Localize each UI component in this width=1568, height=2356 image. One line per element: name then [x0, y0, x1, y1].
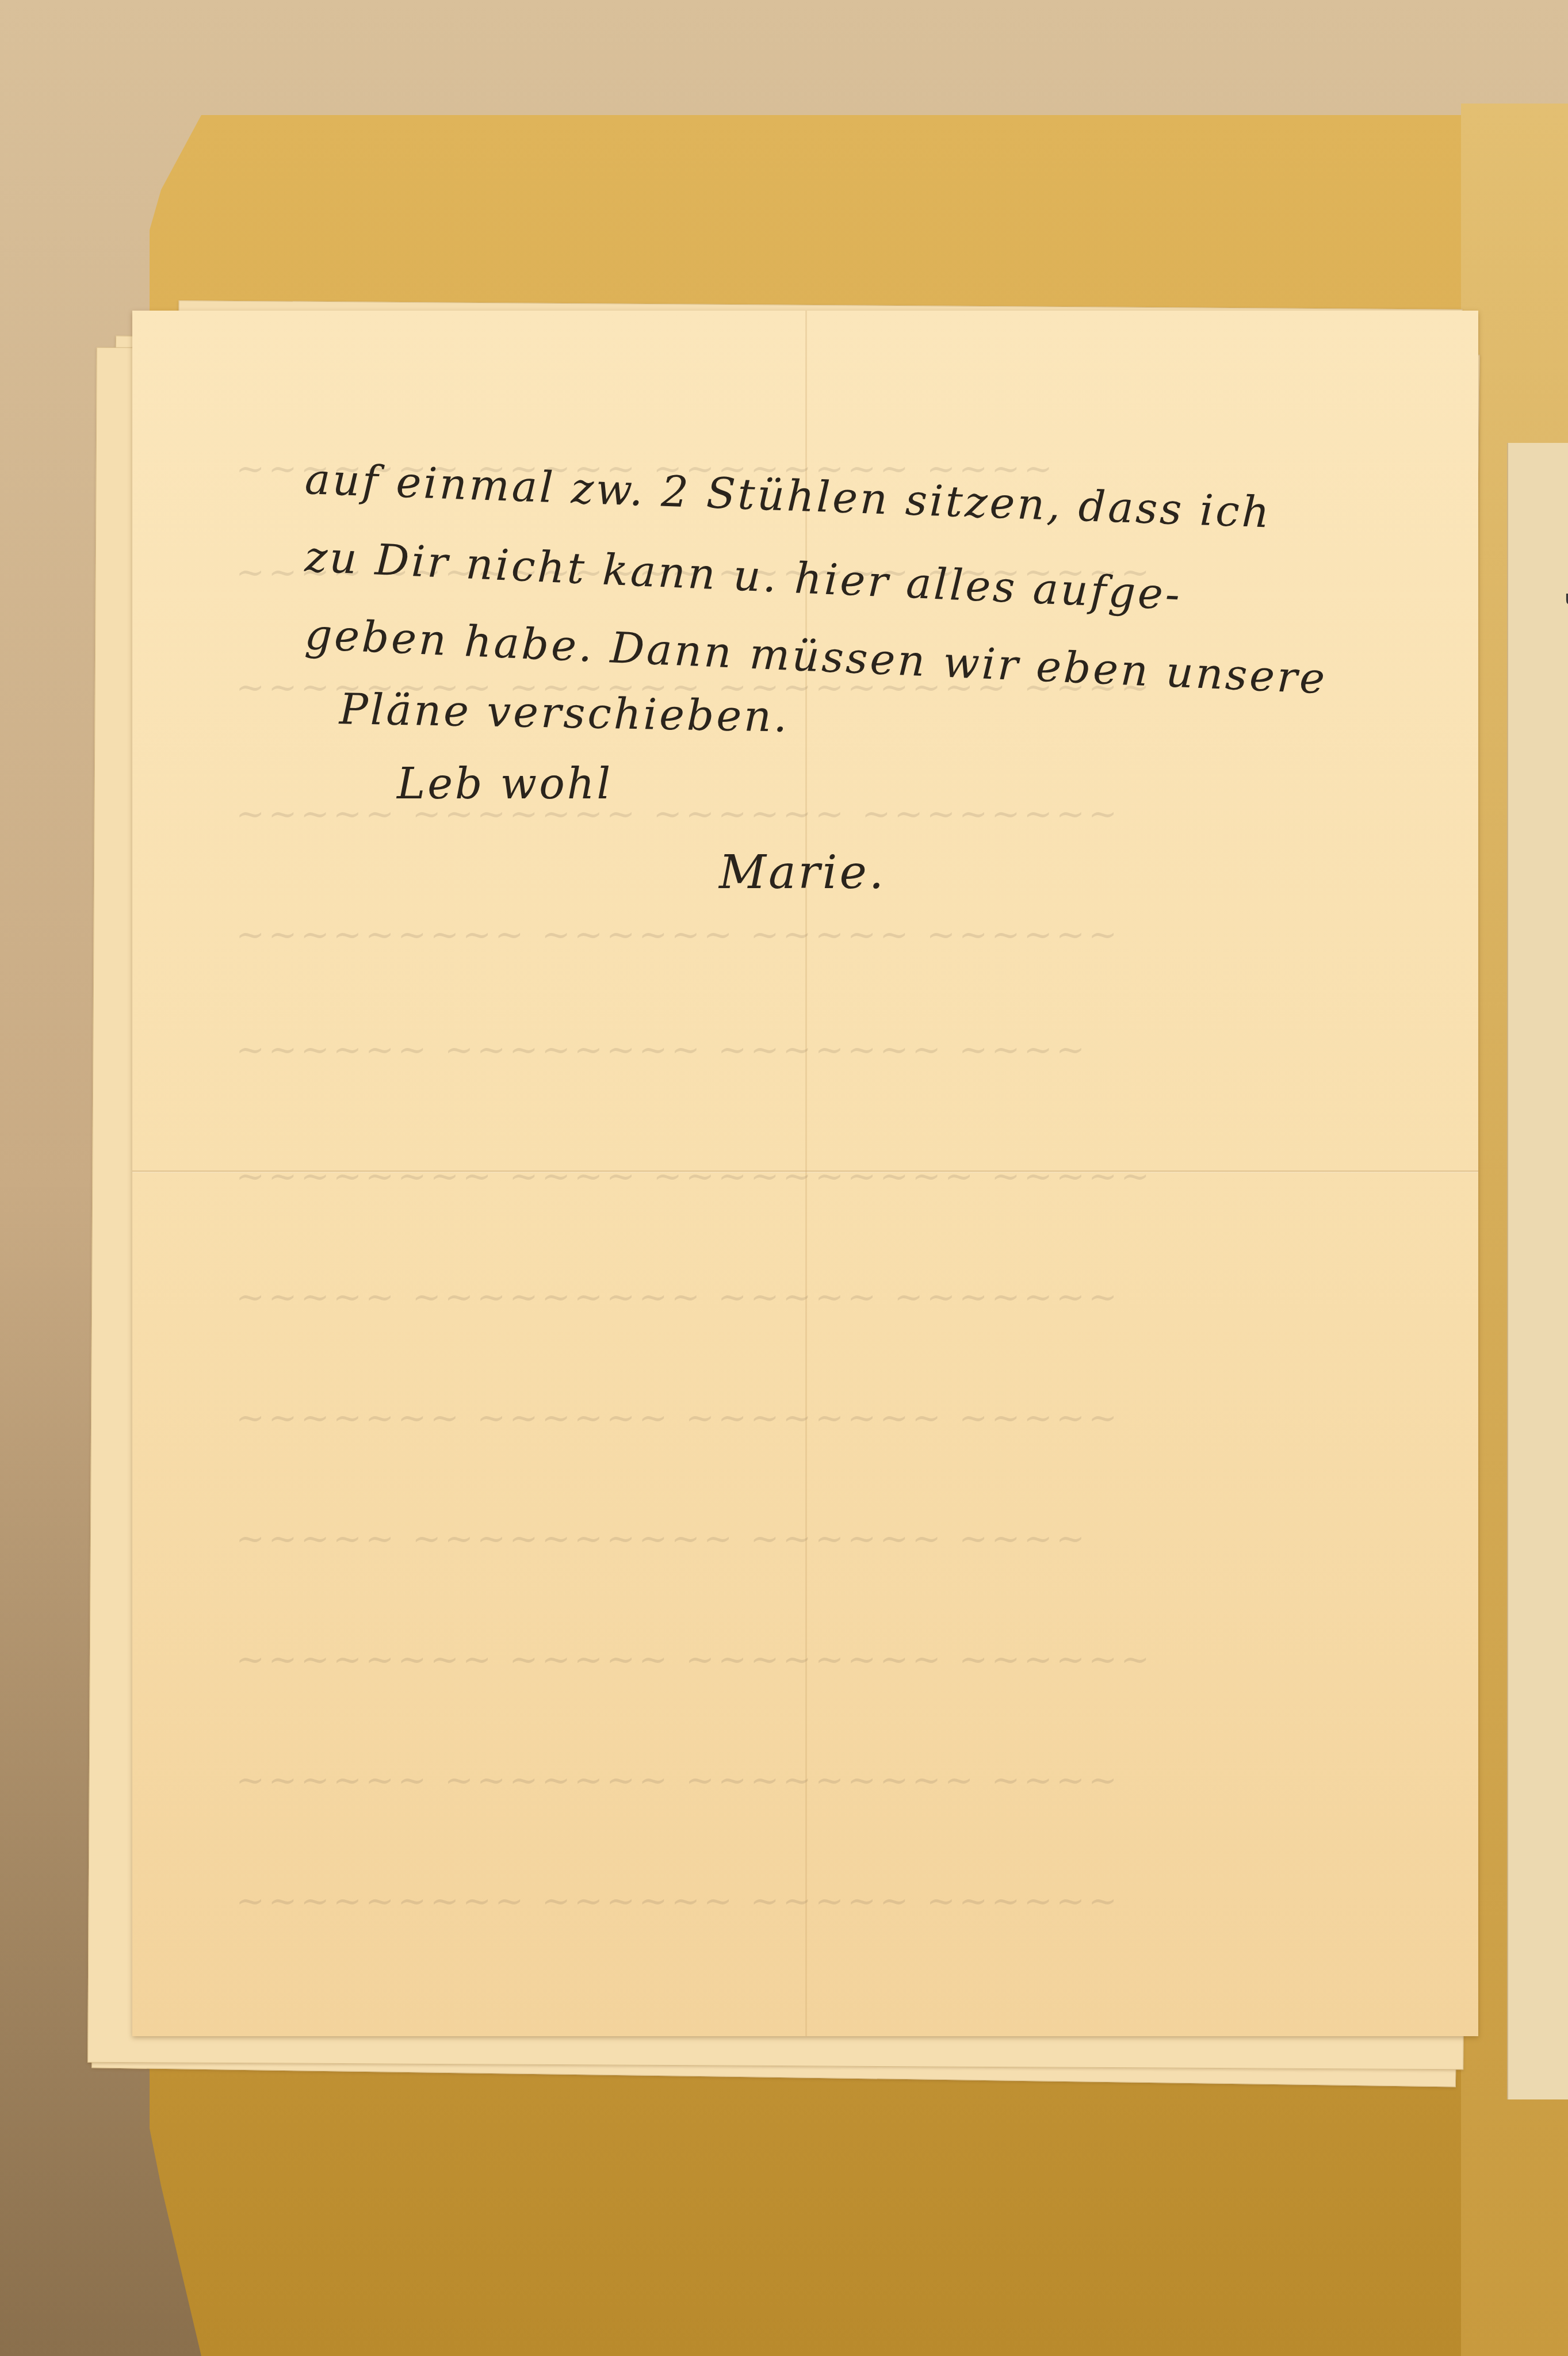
bleed-through-line: ~~~~~~ ~~~~~~~~ ~~~~~~~ ~~~~: [236, 1030, 1409, 1070]
letter-page: ~~~~~~~ ~~~~~ ~~~~~~~~ ~~~~ ~~~~ ~~~~~~~…: [132, 311, 1478, 2036]
letter-line: zu Dir nicht kann u. hier alles aufge-: [304, 532, 1183, 619]
letter-signature: Marie.: [719, 846, 886, 899]
letter-closing: Leb wohl: [397, 759, 613, 809]
letter-line: Pläne verschieben.: [339, 684, 790, 742]
bleed-through-line: ~~~~~ ~~~~~~~~~~ ~~~~~~ ~~~~: [236, 1519, 1409, 1559]
bleed-through-line: ~~~~~~~~ ~~~~~ ~~~~~~~~ ~~~~~~: [236, 1639, 1409, 1680]
bleed-through-line: ~~~~~~~ ~~~~~~ ~~~~~~~~ ~~~~~: [236, 1398, 1409, 1438]
bleed-through-line: ~~~~~~~~ ~~~~ ~~~~~~~~~~ ~~~~~: [236, 1156, 1409, 1196]
bleed-through-line: ~~~~~~~~~ ~~~~~~ ~~~~~ ~~~~~~: [236, 915, 1409, 955]
side-document-fragment: u: [1565, 587, 1568, 610]
bleed-through-line: ~~~~~ ~~~~~~~~~ ~~~~~ ~~~~~~~: [236, 1277, 1409, 1317]
side-document: u: [1507, 443, 1568, 2099]
bleed-through-line: ~~~~~~ ~~~~~~~ ~~~~~~~~~ ~~~~: [236, 1760, 1409, 1800]
bleed-through-line: ~~~~~~~~~ ~~~~~~ ~~~~~ ~~~~~~: [236, 1881, 1409, 1921]
